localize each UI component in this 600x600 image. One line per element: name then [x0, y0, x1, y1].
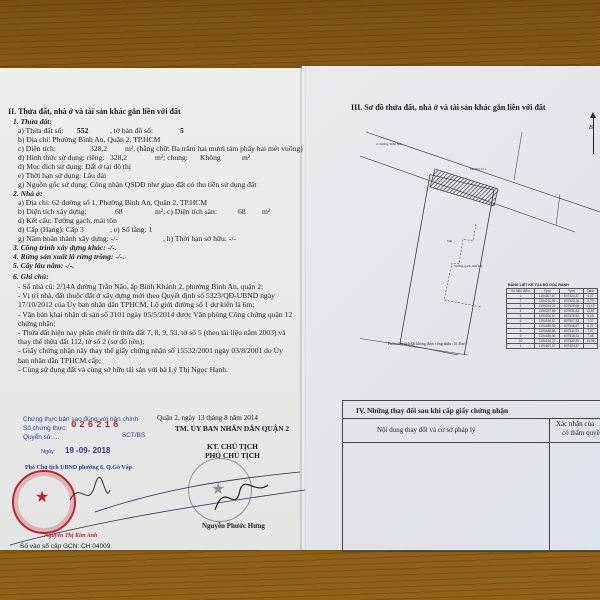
note-line: - Cùng sử dụng đất và cùng sở hữu tài sả…: [18, 365, 228, 374]
section-iv-title: IV. Những thay đổi sau khi cấp giấy chứn…: [356, 406, 508, 415]
certification-book-label: Quyển số:....: [23, 433, 59, 442]
section-iii-title: III. Sơ đồ thửa đất, nhà ở và tài sản kh…: [351, 103, 546, 112]
coord-cell: 1: [507, 344, 535, 349]
changes-column-confirm-1: Xác nhận của: [556, 420, 594, 429]
coordinates-table: Số hiệu điểmX(m)Y(m)Cạnh 11194207,576075…: [506, 288, 598, 349]
house-floors: , e) Số tầng: 1: [110, 225, 152, 234]
completion-year: g) Năm hoàn thành xây dựng: -/-: [18, 234, 118, 243]
note-line: thay thế thửa đất 112, tờ số 2 (sơ đồ nề…: [18, 337, 144, 346]
house-structure: d) Kết cấu: Tường gạch, mái tôn: [18, 216, 117, 225]
signature-strokes: [0, 470, 310, 550]
land-origin: g) Nguồn gốc sử dụng: Công nhận QSDĐ như…: [18, 180, 256, 189]
perennial-trees: 5. Cây lâu năm: -/-.: [13, 261, 74, 270]
notes-heading: 6. Ghi chú:: [13, 272, 49, 281]
coord-cell: 1194207,57: [534, 344, 559, 349]
changes-column-confirm-2: có thẩm quyền: [562, 429, 600, 438]
area-in-words: m², (bằng chữ: Ba trăm hai mươi tám phẩy…: [125, 144, 303, 153]
ownership-term: , h) Thời hạn sở hữu: -/-: [163, 234, 236, 243]
coord-row: 11194207,57607524,37: [507, 344, 598, 349]
map-sheet-label: , tờ bản đồ số:: [110, 126, 153, 135]
note-line: 17/10/2012 của Ủy ban nhân dân TPHCM. Lộ…: [18, 300, 254, 309]
floor-area-value: 68: [238, 207, 246, 216]
certification-date-label: Ngày: [41, 448, 54, 457]
other-works: 3. Công trình xây dựng khác: -/-.: [13, 243, 117, 252]
coord-cell: 607524,37: [560, 344, 583, 349]
land-purpose: d) Mục đích sử dụng: Đất ở tại đô thị: [18, 162, 131, 171]
built-area-value: 68: [115, 207, 123, 216]
note-line: chứng nhận;: [18, 319, 56, 328]
parcel-label: a) Thửa đất số:: [18, 126, 64, 135]
certification-number-label: Số chứng thực:: [23, 424, 67, 433]
use-form-shared: Không: [200, 153, 221, 162]
use-form-label: đ) Hình thức sử dụng: riêng:: [18, 153, 104, 162]
house-heading: 2. Nhà ở:: [13, 189, 43, 198]
land-term: e) Thời hạn sử dụng: Lâu dài: [18, 171, 106, 180]
issuing-authority: TM. ỦY BAN NHÂN DÂN QUẬN 2: [175, 424, 289, 433]
planted-forest: 4. Rừng sản xuất là rừng trồng: -/-.: [13, 252, 124, 261]
house-grade: d) Cấp (Hạng): Cấp 3: [18, 225, 84, 234]
floor-area-unit: m²: [262, 207, 270, 216]
changes-column-content: Nội dung thay đổi và cơ sở pháp lý: [377, 426, 475, 435]
note-line: - Văn bản khai nhận di sản số 3101 ngày …: [18, 310, 292, 319]
certification-number: 026216: [71, 421, 121, 430]
certification-date: 19 -09- 2018: [65, 446, 110, 455]
note-line: - Thửa đất hiện nay phân chiết từ thửa đ…: [18, 328, 286, 337]
area-label: c) Diện tích:: [18, 144, 56, 153]
note-line: - Vị trí nhà, đất thuộc đất ở xây dựng m…: [18, 291, 275, 300]
road-label: đ. đường Trần Não: [376, 140, 403, 149]
street-label: Đường số 1: [470, 165, 486, 174]
yard-label: Sân: [447, 237, 452, 246]
issuance-place-date: Quận 2, ngày 13 tháng 8 năm 2014: [157, 414, 258, 423]
land-heading: 1. Thửa đất:: [13, 117, 52, 126]
use-form-unit: m²: [242, 153, 250, 162]
register-number: Số vào sổ cấp GCN: CH 04009: [20, 542, 110, 551]
hatch-legend: Phần diện tích đất không được công nhận …: [388, 340, 466, 349]
certification-book-suffix: SCT/BS: [122, 431, 145, 440]
coord-cell: [583, 344, 597, 349]
signer-title-1: KT. CHỦ TỊCH: [207, 442, 258, 451]
note-line: ban nhân dân TPHCM cấp;: [18, 356, 101, 365]
parcel-number: 552: [77, 126, 88, 135]
area-value: 328,2: [90, 144, 107, 153]
land-address: b) Địa chỉ: Phường Bình An, Quận 2, TP.H…: [18, 135, 160, 144]
use-form-shared-label: m²; chung:: [155, 153, 188, 162]
use-form-private: 328,2: [110, 153, 127, 162]
note-line: - Giấy chứng nhận này thay thế giấy chứn…: [18, 346, 283, 355]
section-ii-title: II. Thửa đất, nhà ở và tài sản khác gắn …: [8, 107, 181, 116]
house-footprint-label: Tường gạch mái tôn: [454, 262, 482, 271]
note-line: - Số nhà cũ: 2/14A đường Trần Não, ấp Bì…: [18, 282, 263, 291]
map-sheet-number: 5: [180, 126, 184, 135]
signer-name: Nguyễn Phước Hưng: [202, 522, 265, 531]
built-area-label: b) Diện tích xây dựng:: [18, 207, 87, 216]
floor-area-label: m², c) Diện tích sàn:: [155, 207, 217, 216]
house-address: a) Địa chỉ: 62 đường số 1, Phường Bình A…: [18, 198, 207, 207]
